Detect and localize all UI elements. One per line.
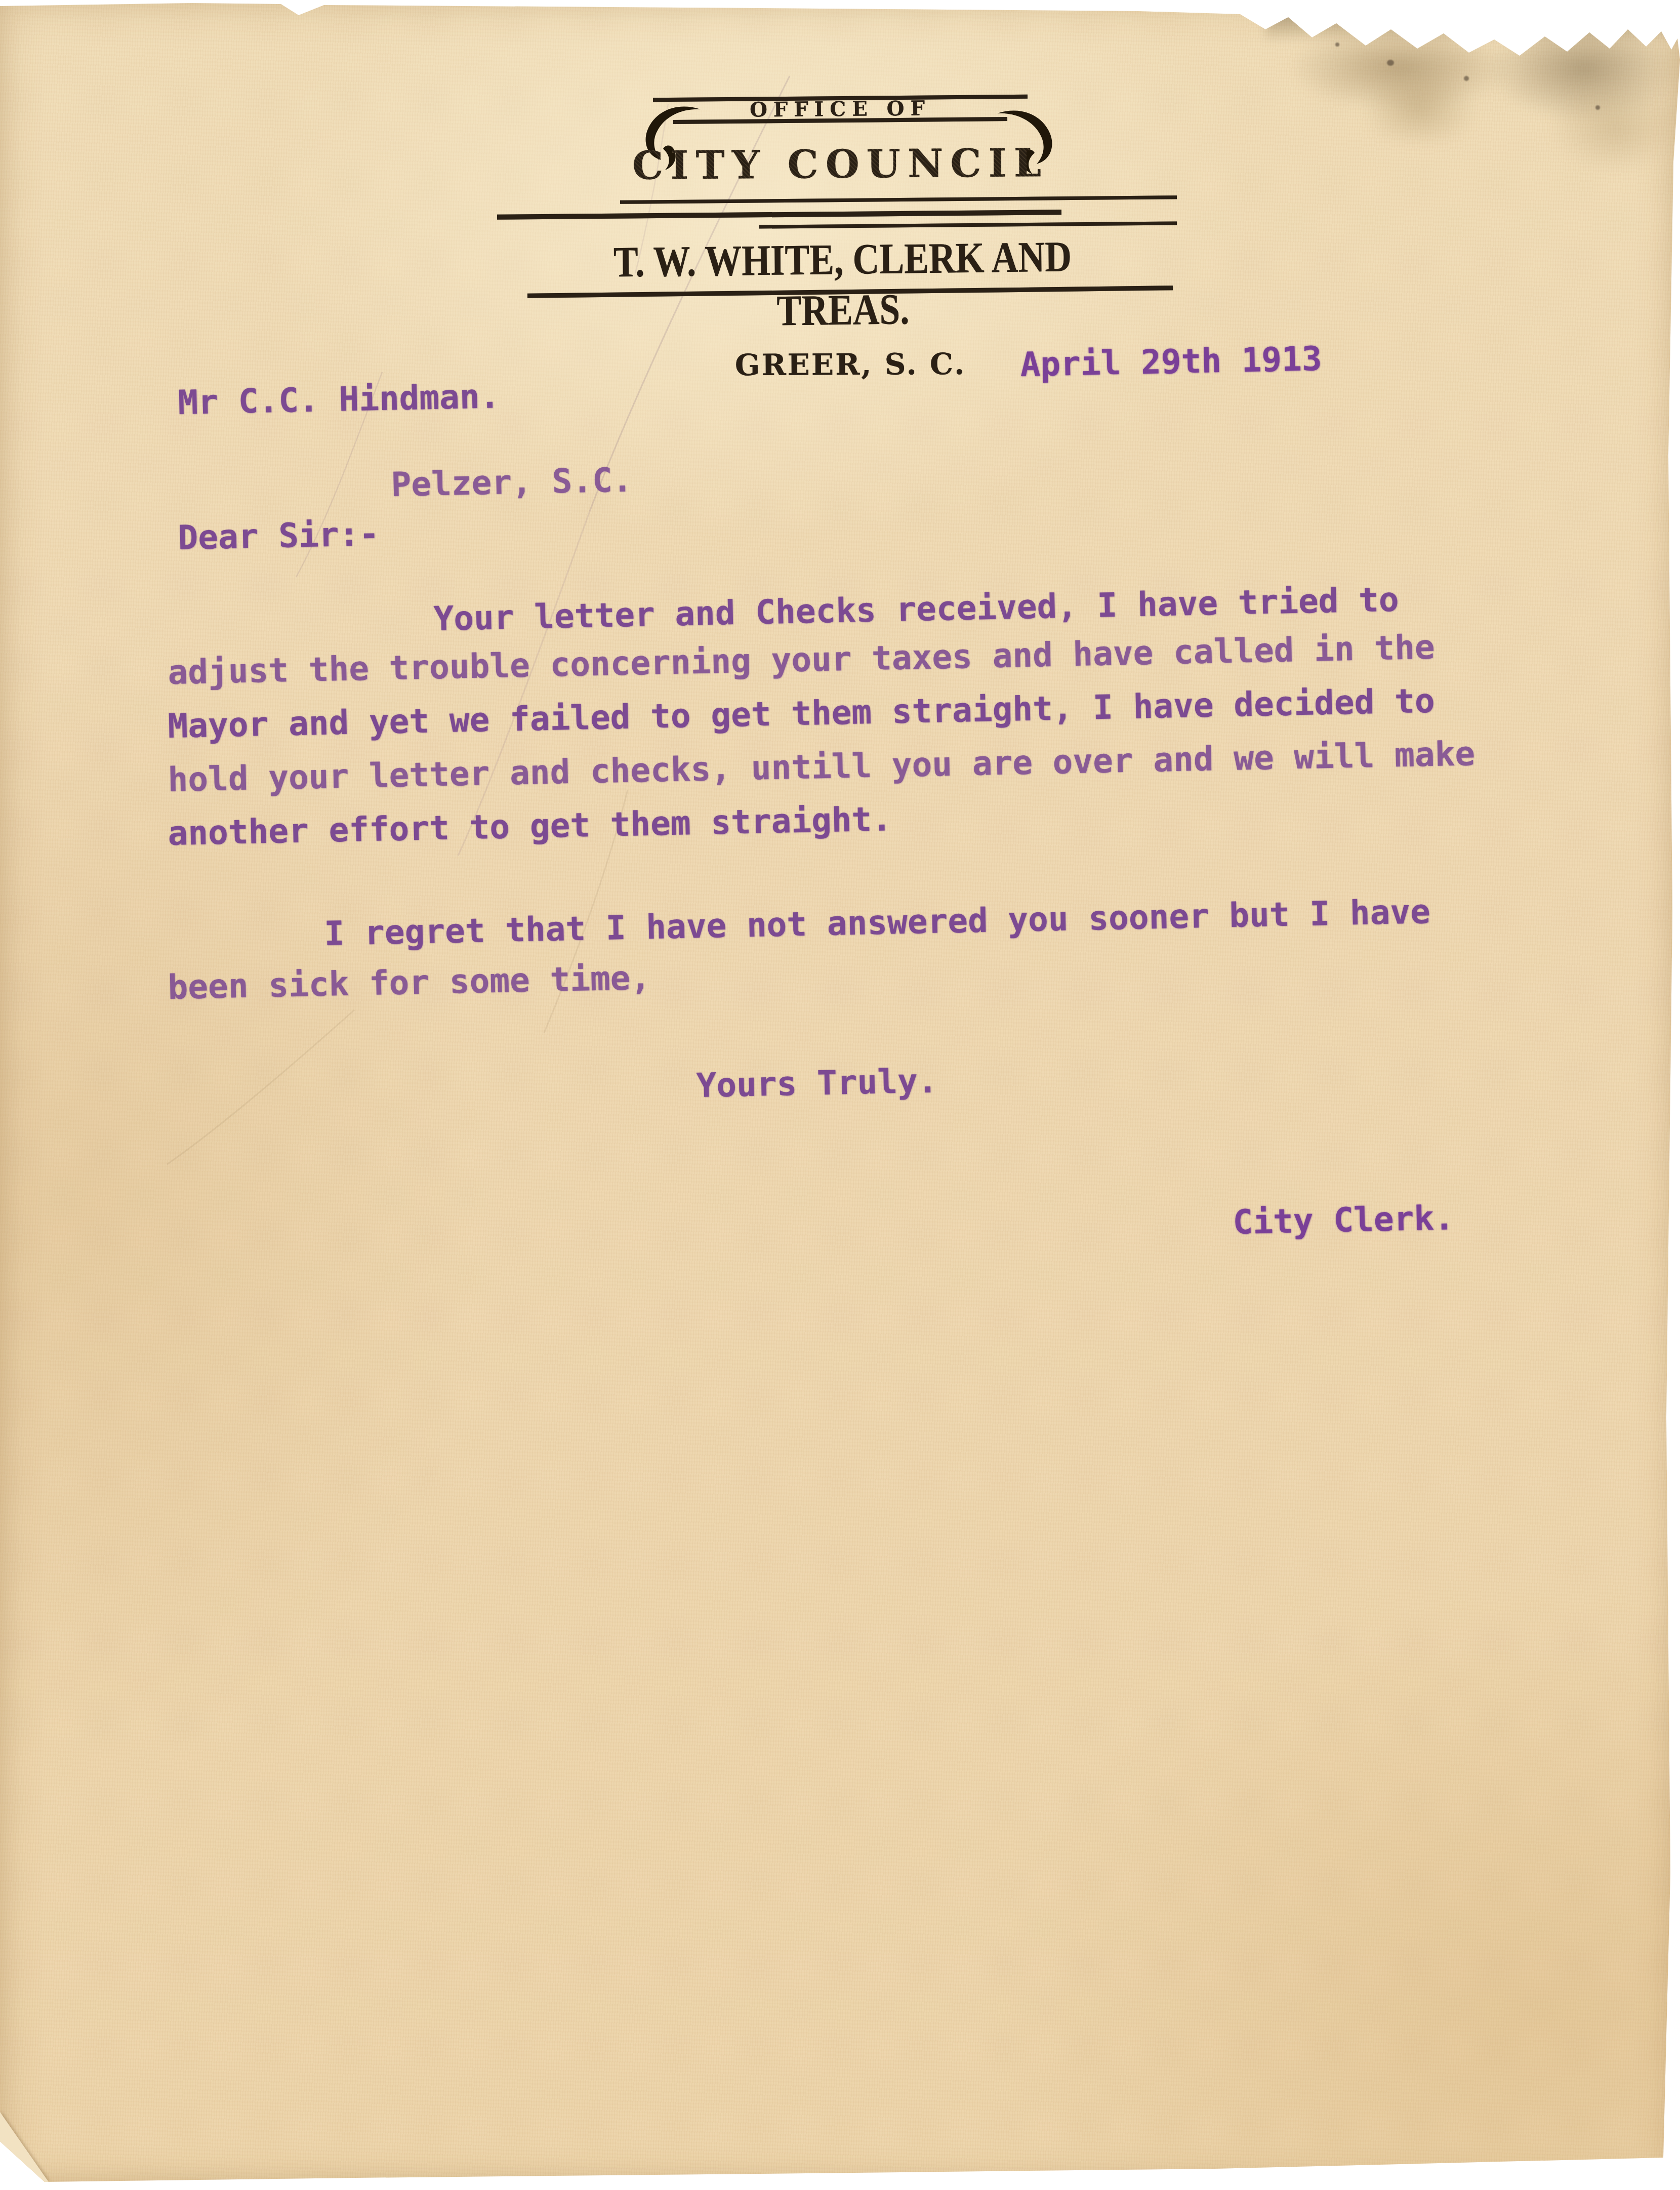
body-line: Your letter and Checks received, I have …	[433, 583, 1399, 636]
letterhead-double-rule	[620, 195, 1177, 204]
date-line: April 29th 1913	[1020, 342, 1322, 382]
stain-blotch	[1362, 71, 1478, 147]
letterhead-organization: CITY COUNCIL	[572, 140, 1109, 189]
closing: Yours Truly.	[696, 1064, 938, 1103]
letterhead-double-rule	[759, 221, 1177, 228]
salutation: Dear Sir:-	[178, 517, 380, 555]
dirt-speck	[1595, 105, 1600, 110]
dirt-speck	[1335, 43, 1339, 47]
body-line: another effort to get them straight.	[168, 802, 892, 850]
stain-blotch	[1290, 24, 1512, 110]
stain-top-edge	[1265, 2, 1680, 43]
letterhead-officer-line: T. W. WHITE, CLERK AND TREAS.	[554, 230, 1132, 339]
body-line: hold your letter and checks, untill you …	[168, 737, 1476, 797]
folded-corner	[0, 2112, 49, 2182]
recipient-name: Mr C.C. Hindman.	[178, 380, 500, 420]
body-line: adjust the trouble concerning your taxes…	[168, 631, 1435, 690]
letterhead-double-rule	[497, 210, 1061, 220]
stain-blotch	[1488, 15, 1680, 121]
scan-background: OFFICE OF CITY COUNCIL T. W. WHITE, CLER…	[0, 0, 1680, 2190]
dirt-speck	[1514, 47, 1521, 52]
letterhead-place-line: GREER, S. C.	[735, 347, 966, 382]
body-line: I regret that I have not answered you so…	[324, 895, 1430, 951]
dirt-speck	[1464, 76, 1469, 81]
signature-title: City Clerk.	[1233, 1201, 1454, 1239]
body-line: Mayor and yet we failed to get them stra…	[168, 684, 1435, 743]
stain-blotch	[1549, 81, 1680, 172]
paper-sheet: OFFICE OF CITY COUNCIL T. W. WHITE, CLER…	[0, 0, 1680, 2190]
dirt-speck	[1638, 33, 1644, 38]
recipient-address: Pelzer, S.C.	[391, 463, 633, 502]
body-line: been sick for some time,	[168, 961, 651, 1004]
dirt-speck	[1387, 60, 1394, 66]
